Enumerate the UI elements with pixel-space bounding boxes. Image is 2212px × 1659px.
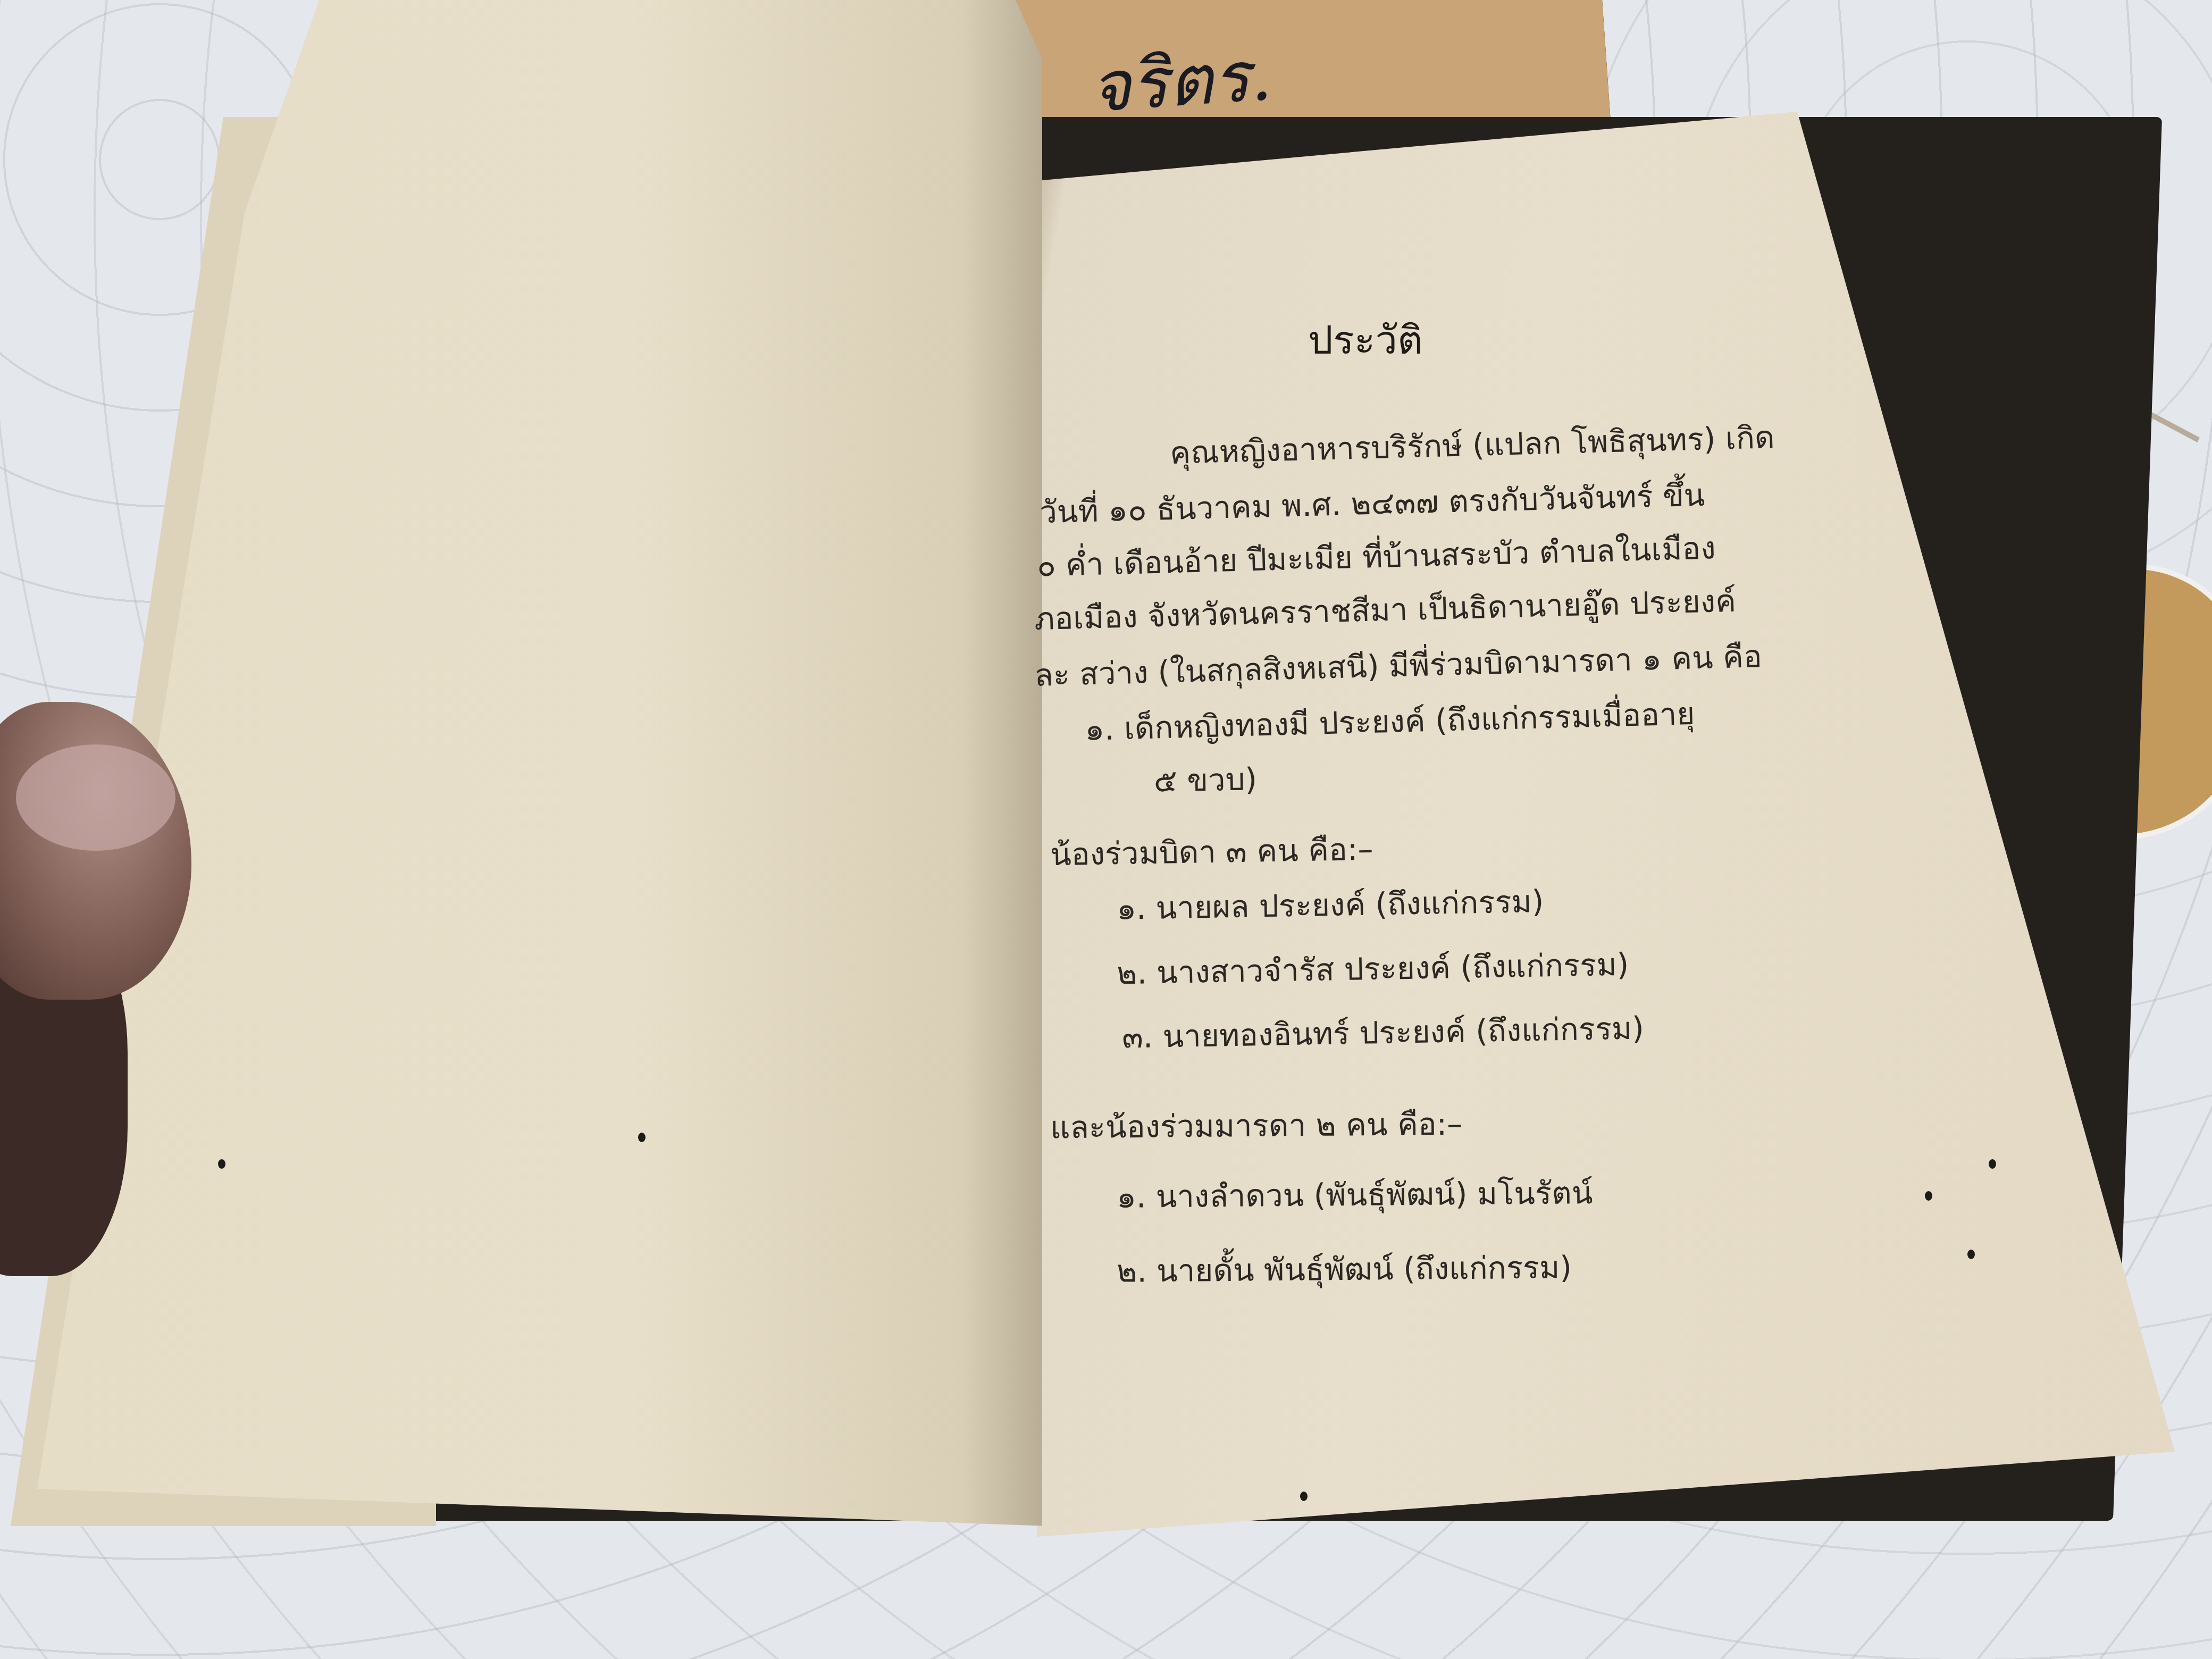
section-heading: และน้องร่วมมารดา ๒ คน คือ:– xyxy=(1050,1099,1463,1152)
paper-spot xyxy=(1967,1250,1975,1259)
thumbnail-nail xyxy=(16,744,175,851)
paper-spot xyxy=(1925,1191,1932,1201)
list-item: ๒. นางสาวจำรัส ประยงค์ (ถึงแก่กรรม) xyxy=(1116,940,1629,998)
page-title: ประวัติ xyxy=(1308,308,1423,371)
text-line: ๕ ขวบ) xyxy=(1153,754,1258,805)
list-item: ๓. นายทองอินทร์ ประยงค์ (ถึงแก่กรรม) xyxy=(1121,1003,1644,1061)
section-heading: น้องร่วมบิดา ๓ คน คือ:– xyxy=(1050,824,1373,879)
list-item: ๑. นายผล ประยงค์ (ถึงแก่กรรม) xyxy=(1116,876,1544,933)
list-item: ๒. นายดั้น พันธุ์พัฒน์ (ถึงแก่กรรม) xyxy=(1117,1242,1572,1295)
paper-spot xyxy=(638,1133,646,1142)
list-item: ๑. นางลำดวน (พันธุ์พัฒน์) มโนรัตน์ xyxy=(1117,1168,1593,1221)
paper-spot xyxy=(1300,1492,1308,1501)
paper-spot xyxy=(218,1159,225,1169)
paper-spot xyxy=(1989,1159,1996,1169)
